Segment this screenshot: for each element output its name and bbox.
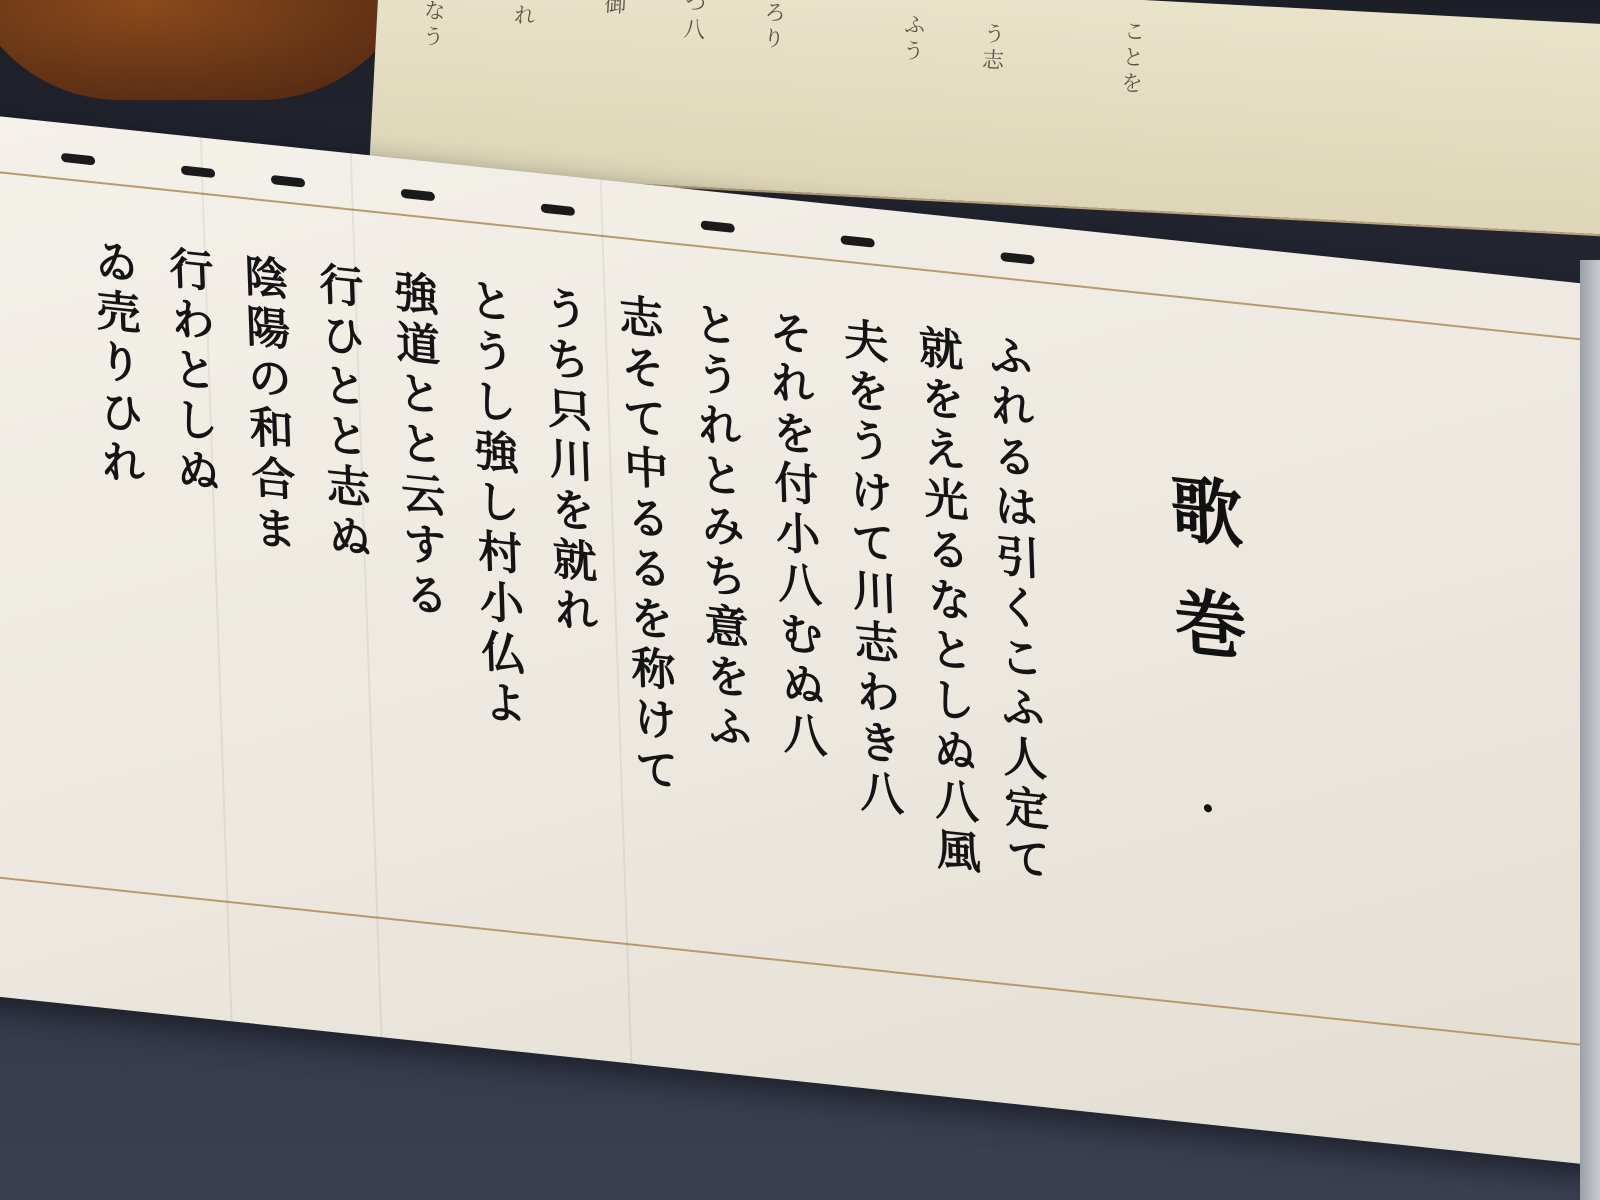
text-column: 強道とと云する bbox=[389, 267, 445, 623]
column-mark bbox=[271, 175, 305, 188]
text-column: ゐ売りひれ bbox=[89, 236, 142, 492]
text-column: うち只川を就れ bbox=[538, 283, 594, 639]
column-mark bbox=[401, 189, 435, 202]
back-column: つ八 bbox=[676, 0, 710, 44]
text-column: それを付小八むぬ八 bbox=[763, 307, 823, 764]
front-scroll: 歌巻 ふれるは引くこふ人定て 就をえ光るなとしぬ八風 夫をうけて川志わき八 それ… bbox=[0, 110, 1600, 1173]
text-column: 陰陽の和合ま bbox=[239, 252, 293, 558]
scroll-title: 歌巻 bbox=[1147, 468, 1259, 704]
fabric-edge bbox=[1580, 260, 1600, 1200]
back-column: ことを bbox=[1114, 19, 1149, 99]
text-column: 行わとしぬ bbox=[164, 244, 217, 500]
text-column: 夫をうけて川志わき八 bbox=[838, 315, 899, 822]
column-mark bbox=[181, 165, 215, 178]
text-column: ふれるは引くこふ人定て bbox=[983, 330, 1046, 887]
back-column: ふう bbox=[895, 12, 929, 66]
column-mark bbox=[840, 235, 874, 248]
back-column: ろり bbox=[756, 0, 790, 53]
column-mark bbox=[61, 153, 95, 166]
back-column: はなう bbox=[415, 0, 450, 52]
back-column: う志 bbox=[975, 21, 1009, 75]
text-column: とうし強し村小仏よ bbox=[464, 275, 524, 732]
column-mark bbox=[1000, 252, 1034, 265]
ink-dot bbox=[1204, 804, 1212, 813]
column-mark bbox=[701, 220, 735, 233]
text-column: 志そて中るるを称けて bbox=[613, 291, 674, 798]
back-column: 御 bbox=[597, 0, 629, 19]
column-mark bbox=[541, 203, 575, 216]
text-column: 就をえ光るなとしぬ八風 bbox=[913, 323, 976, 880]
back-column: ちれ bbox=[507, 0, 541, 30]
text-column: 行ひとと志ぬ bbox=[314, 260, 368, 566]
text-column: とうれとみち意をふ bbox=[688, 299, 748, 756]
